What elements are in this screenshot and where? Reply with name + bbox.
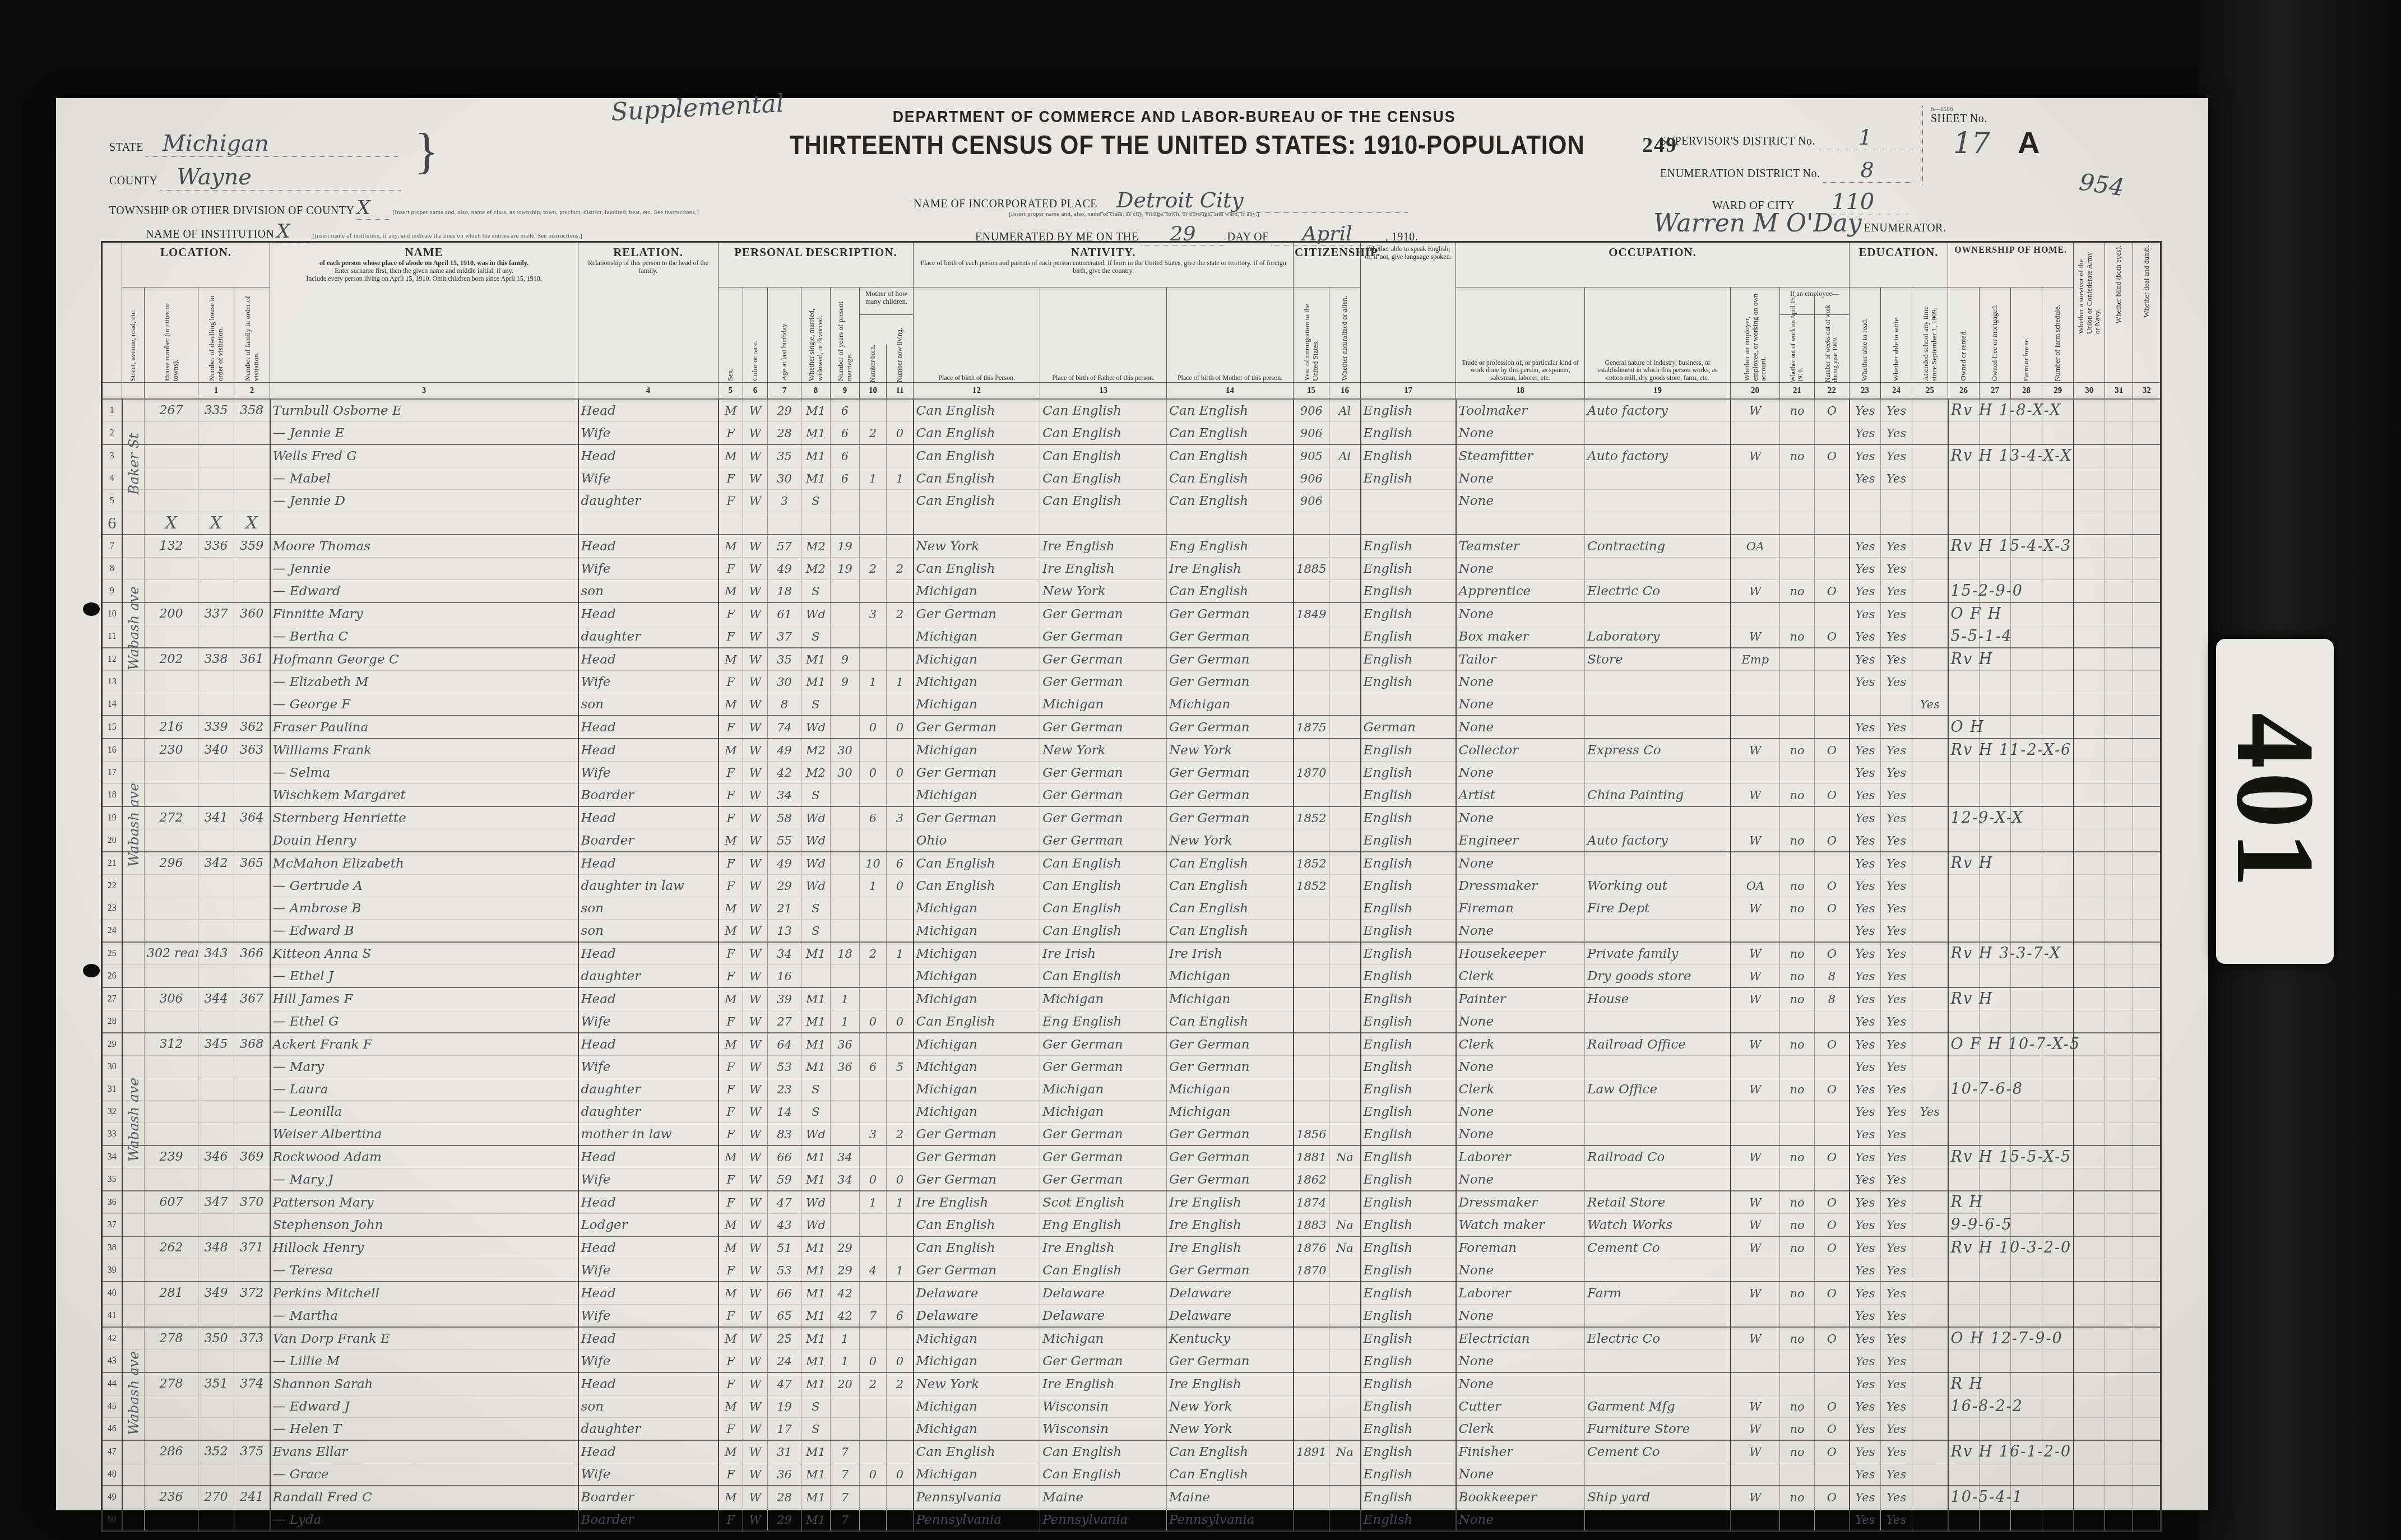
cell-lang: English	[1361, 806, 1456, 829]
cell-own: Rv H	[1948, 648, 1980, 671]
cell-write	[1881, 512, 1912, 535]
hole-punch-icon	[83, 602, 100, 616]
cell-deaf	[2133, 1509, 2161, 1532]
cell-living	[887, 920, 914, 943]
cell-school	[1912, 1259, 1948, 1282]
cell-imm	[1294, 1486, 1329, 1509]
cell-dw	[198, 580, 234, 603]
cell-own: 15-2-9-0	[1948, 580, 1980, 603]
cell-sched	[2042, 512, 2074, 535]
cell-blind	[2105, 1305, 2133, 1328]
cell-color: W	[743, 942, 768, 965]
cell-rel: Wife	[578, 1056, 719, 1078]
cell-pob: Pennsylvania	[914, 1486, 1040, 1509]
cell-living: 2	[887, 1123, 914, 1146]
cell-blind	[2105, 444, 2133, 467]
column-number: 30	[2074, 383, 2105, 400]
cell-deaf	[2133, 1372, 2161, 1395]
column-number: 22	[1815, 383, 1850, 400]
cell-dw	[198, 1463, 234, 1486]
cell-name: Rockwood Adam	[270, 1145, 578, 1168]
cell-pf: Eng English	[1040, 1010, 1167, 1033]
cell-pm: Ger German	[1167, 762, 1294, 784]
township-label: TOWNSHIP OR OTHER DIVISION OF COUNTY	[109, 205, 354, 217]
cell-school	[1912, 648, 1948, 671]
cell-free	[1980, 671, 2011, 693]
cell-ind: Store	[1585, 648, 1731, 671]
cell-color: W	[743, 1123, 768, 1146]
cell-own	[1948, 1056, 1980, 1078]
cell-out: no	[1780, 399, 1815, 422]
cell-rel: Head	[578, 987, 719, 1010]
cell-living	[887, 739, 914, 762]
street-name: Baker St	[122, 398, 145, 530]
column-number	[102, 383, 122, 400]
cell-nat	[1329, 1350, 1361, 1373]
cell-pm: Pennsylvania	[1167, 1509, 1294, 1532]
cell-rel: Wife	[578, 467, 719, 490]
cell-pob: Can English	[914, 399, 1040, 422]
cell-fam: 365	[234, 852, 270, 875]
cell-wks	[1815, 671, 1850, 693]
cell-wks: O	[1815, 1395, 1850, 1418]
cell-out: no	[1780, 1236, 1815, 1259]
line-number: 20	[102, 829, 122, 852]
supervisor-district-value: 1	[1818, 125, 1913, 150]
cell-mar: S	[801, 1395, 831, 1418]
cell-write: Yes	[1881, 625, 1912, 648]
cell-age: 29	[768, 875, 801, 897]
cell-imm	[1294, 1463, 1329, 1486]
cell-lang	[1361, 490, 1456, 512]
cell-pf: Can English	[1040, 490, 1167, 512]
sheet-letter: A	[1992, 126, 2040, 160]
cell-sex: F	[719, 558, 743, 580]
cell-wks	[1815, 1350, 1850, 1373]
cell-sex: F	[719, 1350, 743, 1373]
line-number: 9	[102, 580, 122, 603]
cell-sched	[2042, 897, 2074, 920]
cell-emp	[1731, 920, 1780, 943]
col-sex: Sex.	[719, 287, 743, 383]
cell-blind	[2105, 580, 2133, 603]
cell-rel: daughter	[578, 490, 719, 512]
cell-pob: Delaware	[914, 1282, 1040, 1305]
cell-read: Yes	[1850, 602, 1881, 625]
cell-war	[2074, 829, 2105, 852]
cell-school	[1912, 806, 1948, 829]
cell-own: 10-5-4-1	[1948, 1486, 1980, 1509]
weeks-out-label: Number of weeks out of work during year …	[1825, 294, 1839, 382]
cell-pob: New York	[914, 535, 1040, 558]
cell-free	[1980, 422, 2011, 445]
cell-pob: Ger German	[914, 716, 1040, 739]
cell-emp: W	[1731, 580, 1780, 603]
home-ownership-annotation: O F H 10-7-X-5	[1951, 1033, 2081, 1055]
naturalized-label: Whether naturalized or alien.	[1341, 296, 1349, 381]
cell-lang: English	[1361, 1214, 1456, 1237]
cell-age: 8	[768, 693, 801, 716]
cell-imm	[1294, 1101, 1329, 1123]
cell-house	[145, 422, 198, 445]
cell-mar: Wd	[801, 1214, 831, 1237]
color-label: Color or race.	[751, 341, 759, 381]
cell-farm	[2011, 897, 2042, 920]
cell-occ: None	[1456, 1259, 1585, 1282]
cell-pf: Can English	[1040, 399, 1167, 422]
cell-wks: O	[1815, 1418, 1850, 1441]
cell-ind	[1585, 920, 1731, 943]
cell-own	[1948, 671, 1980, 693]
cell-farm	[2011, 1056, 2042, 1078]
cell-nat	[1329, 1259, 1361, 1282]
cell-age: 53	[768, 1259, 801, 1282]
cell-age: 30	[768, 671, 801, 693]
column-number: 31	[2105, 383, 2133, 400]
cell-out: no	[1780, 965, 1815, 988]
cell-emp: W	[1731, 965, 1780, 988]
cell-age: 24	[768, 1350, 801, 1373]
cell-pf: Can English	[1040, 920, 1167, 943]
cell-living	[887, 987, 914, 1010]
group-nativity: NATIVITY. Place of birth of each person …	[914, 242, 1294, 287]
cell-farm	[2011, 965, 2042, 988]
cell-blind	[2105, 1214, 2133, 1237]
cell-color: W	[743, 1327, 768, 1350]
cell-sched	[2042, 490, 2074, 512]
cell-occ: Finisher	[1456, 1440, 1585, 1463]
cell-wks	[1815, 1010, 1850, 1033]
cell-born	[860, 444, 887, 467]
cell-read: Yes	[1850, 942, 1881, 965]
blind-label: Whether blind (both eyes).	[2115, 245, 2123, 323]
cell-deaf	[2133, 829, 2161, 852]
table-row: 18Wischkem MargaretBoarderFW34SMichiganG…	[102, 784, 2161, 807]
cell-imm	[1294, 648, 1329, 671]
cell-occ: Fireman	[1456, 897, 1585, 920]
cell-own: 12-9-X-X	[1948, 806, 1980, 829]
column-number: 29	[2042, 383, 2074, 400]
column-number: 32	[2133, 383, 2161, 400]
cell-out: no	[1780, 625, 1815, 648]
cell-imm	[1294, 829, 1329, 852]
cell-pob: Michigan	[914, 942, 1040, 965]
line-number: 30	[102, 1056, 122, 1078]
cell-out: no	[1780, 875, 1815, 897]
column-number: 5	[719, 383, 743, 400]
cell-read: Yes	[1850, 1486, 1881, 1509]
cell-born	[860, 1236, 887, 1259]
cell-name: — George F	[270, 693, 578, 716]
line-number: 28	[102, 1010, 122, 1033]
cell-free	[1980, 965, 2011, 988]
cell-rel: daughter	[578, 1078, 719, 1101]
cell-pf: Ger German	[1040, 648, 1167, 671]
cell-age: 28	[768, 422, 801, 445]
cell-out: no	[1780, 1214, 1815, 1237]
cell-mar: Wd	[801, 602, 831, 625]
cell-nat	[1329, 1327, 1361, 1350]
cell-born: 6	[860, 806, 887, 829]
cell-color: W	[743, 875, 768, 897]
cell-age: 57	[768, 535, 801, 558]
cell-sched	[2042, 829, 2074, 852]
department-line: DEPARTMENT OF COMMERCE AND LABOR-BUREAU …	[772, 108, 1576, 127]
cell-war	[2074, 1236, 2105, 1259]
cell-wks	[1815, 1101, 1850, 1123]
cell-color: W	[743, 1395, 768, 1418]
cell-color: W	[743, 444, 768, 467]
cell-emp: W	[1731, 1418, 1780, 1441]
cell-read: Yes	[1850, 1123, 1881, 1146]
cell-read: Yes	[1850, 535, 1881, 558]
table-row: 49236270241Randall Fred CBoarderMW28M17P…	[102, 1486, 2161, 1509]
cell-dw	[198, 1010, 234, 1033]
cell-dw	[198, 1123, 234, 1146]
cell-war	[2074, 1101, 2105, 1123]
cell-write: Yes	[1881, 1191, 1912, 1214]
cell-emp	[1731, 1123, 1780, 1146]
cell-pf: Ger German	[1040, 625, 1167, 648]
farm-schedule-label: Number of farm schedule.	[2054, 305, 2062, 381]
cell-school	[1912, 739, 1948, 762]
cell-nat	[1329, 1372, 1361, 1395]
cell-name: Ackert Frank F	[270, 1033, 578, 1056]
col-pob-mother: Place of birth of Mother of this person.	[1167, 287, 1294, 383]
cell-own: Rv H 3-3-7-X	[1948, 942, 1980, 965]
cell-sex: M	[719, 1327, 743, 1350]
cell-lang: English	[1361, 1440, 1456, 1463]
free-label: Owned free or mortgaged.	[1991, 304, 1999, 381]
cell-house: 262	[145, 1236, 198, 1259]
cell-wks	[1815, 467, 1850, 490]
cell-ind	[1585, 1372, 1731, 1395]
cell-nat	[1329, 1056, 1361, 1078]
cell-pob: Michigan	[914, 1418, 1040, 1441]
col-naturalized: Whether naturalized or alien.	[1329, 287, 1361, 383]
cell-rel: Head	[578, 806, 719, 829]
cell-ind: Dry goods store	[1585, 965, 1731, 988]
cell-rel: Head	[578, 602, 719, 625]
cell-yrs: 30	[831, 762, 860, 784]
cell-nat	[1329, 490, 1361, 512]
cell-sex: F	[719, 875, 743, 897]
cell-lang: English	[1361, 739, 1456, 762]
cell-read: Yes	[1850, 444, 1881, 467]
cell-age: 65	[768, 1305, 801, 1328]
cell-emp: W	[1731, 1236, 1780, 1259]
out-of-work-label: Whether out of work on April 15, 1910.	[1790, 294, 1805, 382]
cell-dw	[198, 467, 234, 490]
cell-write: Yes	[1881, 920, 1912, 943]
cell-color: W	[743, 467, 768, 490]
cell-blind	[2105, 1056, 2133, 1078]
cell-write: Yes	[1881, 1418, 1912, 1441]
cell-age: 25	[768, 1327, 801, 1350]
group-location: LOCATION.	[122, 242, 270, 287]
cell-house	[145, 1418, 198, 1441]
column-number: 21	[1780, 383, 1815, 400]
cell-deaf	[2133, 1282, 2161, 1305]
cell-school	[1912, 512, 1948, 535]
cell-house: 202	[145, 648, 198, 671]
cell-dw: 338	[198, 648, 234, 671]
cell-lang: English	[1361, 1259, 1456, 1282]
place-note: [Insert proper name and, also, name of c…	[1009, 211, 1259, 217]
cell-wks: O	[1815, 829, 1850, 852]
cell-born: 2	[860, 422, 887, 445]
cell-lang: English	[1361, 829, 1456, 852]
cell-name: Wischkem Margaret	[270, 784, 578, 807]
cell-yrs	[831, 602, 860, 625]
table-row: 42278350373Van Dorp Frank EHeadMW25M11Mi…	[102, 1327, 2161, 1350]
cell-farm	[2011, 1509, 2042, 1532]
cell-war	[2074, 987, 2105, 1010]
mother-label: Mother of how many children.	[860, 289, 913, 315]
cell-imm	[1294, 1056, 1329, 1078]
cell-war	[2074, 580, 2105, 603]
group-name: NAME of each person whose place of abode…	[270, 242, 578, 383]
cell-blind	[2105, 965, 2133, 988]
cell-pob: Can English	[914, 558, 1040, 580]
cell-own: R H	[1948, 1191, 1980, 1214]
cell-emp: W	[1731, 1033, 1780, 1056]
cell-emp: W	[1731, 1078, 1780, 1101]
cell-school	[1912, 1463, 1948, 1486]
cell-rel: Head	[578, 444, 719, 467]
cell-occ: None	[1456, 806, 1585, 829]
cell-deaf	[2133, 1440, 2161, 1463]
cell-nat	[1329, 806, 1361, 829]
cell-imm: 1881	[1294, 1145, 1329, 1168]
cell-deaf	[2133, 1305, 2161, 1328]
cell-blind	[2105, 602, 2133, 625]
name-desc3: Include every person living on April 15,…	[271, 275, 577, 283]
cell-lang: English	[1361, 1033, 1456, 1056]
cell-read: Yes	[1850, 1056, 1881, 1078]
film-tab: 401	[2216, 639, 2334, 964]
cell-pm: Ger German	[1167, 784, 1294, 807]
column-number: 26	[1948, 383, 1980, 400]
cell-lang: English	[1361, 1191, 1456, 1214]
cell-house	[145, 875, 198, 897]
cell-name: Sternberg Henriette	[270, 806, 578, 829]
cell-blind	[2105, 1033, 2133, 1056]
cell-wks	[1815, 648, 1850, 671]
cell-fam: 366	[234, 942, 270, 965]
cell-living	[887, 1101, 914, 1123]
cell-sex: M	[719, 1236, 743, 1259]
cell-pm: New York	[1167, 1418, 1294, 1441]
cell-deaf	[2133, 1101, 2161, 1123]
cell-imm	[1294, 535, 1329, 558]
cell-ind	[1585, 852, 1731, 875]
cell-write: Yes	[1881, 1509, 1912, 1532]
cell-wks	[1815, 422, 1850, 445]
cell-school	[1912, 762, 1948, 784]
institution-label: NAME OF INSTITUTION	[146, 228, 274, 240]
cell-sex: F	[719, 1418, 743, 1441]
years-married-label: Number of years of present marriage.	[837, 293, 853, 381]
cell-write: Yes	[1881, 1078, 1912, 1101]
cell-dw	[198, 1168, 234, 1191]
cell-pm: Ger German	[1167, 1123, 1294, 1146]
cell-out: no	[1780, 784, 1815, 807]
cell-yrs: 19	[831, 535, 860, 558]
cell-imm	[1294, 693, 1329, 716]
cell-emp: W	[1731, 829, 1780, 852]
home-ownership-annotation: Rv H	[1951, 988, 1994, 1010]
column-number: 17	[1361, 383, 1456, 400]
table-row: 12202338361Hofmann George CHeadMW35M19Mi…	[102, 648, 2161, 671]
cell-house	[145, 625, 198, 648]
table-row: 20Douin HenryBoarderMW55WdOhioGer German…	[102, 829, 2161, 852]
cell-mar: M1	[801, 1463, 831, 1486]
cell-occ: None	[1456, 1372, 1585, 1395]
cell-deaf	[2133, 852, 2161, 875]
cell-war	[2074, 1078, 2105, 1101]
cell-lang: English	[1361, 399, 1456, 422]
cell-blind	[2105, 739, 2133, 762]
cell-occ: Watch maker	[1456, 1214, 1585, 1237]
cell-emp	[1731, 512, 1780, 535]
cell-free	[1980, 1010, 2011, 1033]
line-number: 33	[102, 1123, 122, 1146]
col-if-employee: If an employee— Whether out of work on A…	[1780, 287, 1850, 383]
cell-sex: F	[719, 467, 743, 490]
cell-pf: Can English	[1040, 422, 1167, 445]
cell-read	[1850, 512, 1881, 535]
cell-mar: M1	[801, 671, 831, 693]
cell-war	[2074, 625, 2105, 648]
cell-pm: Can English	[1167, 1440, 1294, 1463]
cell-farm	[2011, 1010, 2042, 1033]
home-ownership-annotation: Rv H	[1951, 648, 1994, 670]
cell-pf: Ire Irish	[1040, 942, 1167, 965]
cell-free	[1980, 1463, 2011, 1486]
cell-own	[1948, 1463, 1980, 1486]
cell-own: Rv H	[1948, 852, 1980, 875]
cell-deaf	[2133, 1010, 2161, 1033]
cell-age: 13	[768, 920, 801, 943]
cell-color: W	[743, 897, 768, 920]
column-number: 10	[860, 383, 887, 400]
column-number-row: 1234567891011121314151617181920212223242…	[102, 383, 2161, 400]
cell-color: W	[743, 829, 768, 852]
cell-nat	[1329, 942, 1361, 965]
cell-emp: Emp	[1731, 648, 1780, 671]
cell-pm: New York	[1167, 829, 1294, 852]
cell-own	[1948, 920, 1980, 943]
cell-color: W	[743, 1033, 768, 1056]
cell-write: Yes	[1881, 1463, 1912, 1486]
table-row: 22— Gertrude Adaughter in lawFW29Wd10Can…	[102, 875, 2161, 897]
table-row: 9— EdwardsonMW18SMichiganNew YorkCan Eng…	[102, 580, 2161, 603]
cell-age: 34	[768, 942, 801, 965]
table-row: 4— MabelWifeFW30M1611Can EnglishCan Engl…	[102, 467, 2161, 490]
cell-name: Moore Thomas	[270, 535, 578, 558]
line-number: 27	[102, 987, 122, 1010]
column-number: 18	[1456, 383, 1585, 400]
cell-read: Yes	[1850, 920, 1881, 943]
cell-pob: Michigan	[914, 739, 1040, 762]
column-number: 20	[1731, 383, 1780, 400]
table-row: 31— LauradaughterFW23SMichiganMichiganMi…	[102, 1078, 2161, 1101]
cell-yrs: 6	[831, 467, 860, 490]
cell-mar: Wd	[801, 1123, 831, 1146]
cell-occ: None	[1456, 693, 1585, 716]
cell-school	[1912, 399, 1948, 422]
